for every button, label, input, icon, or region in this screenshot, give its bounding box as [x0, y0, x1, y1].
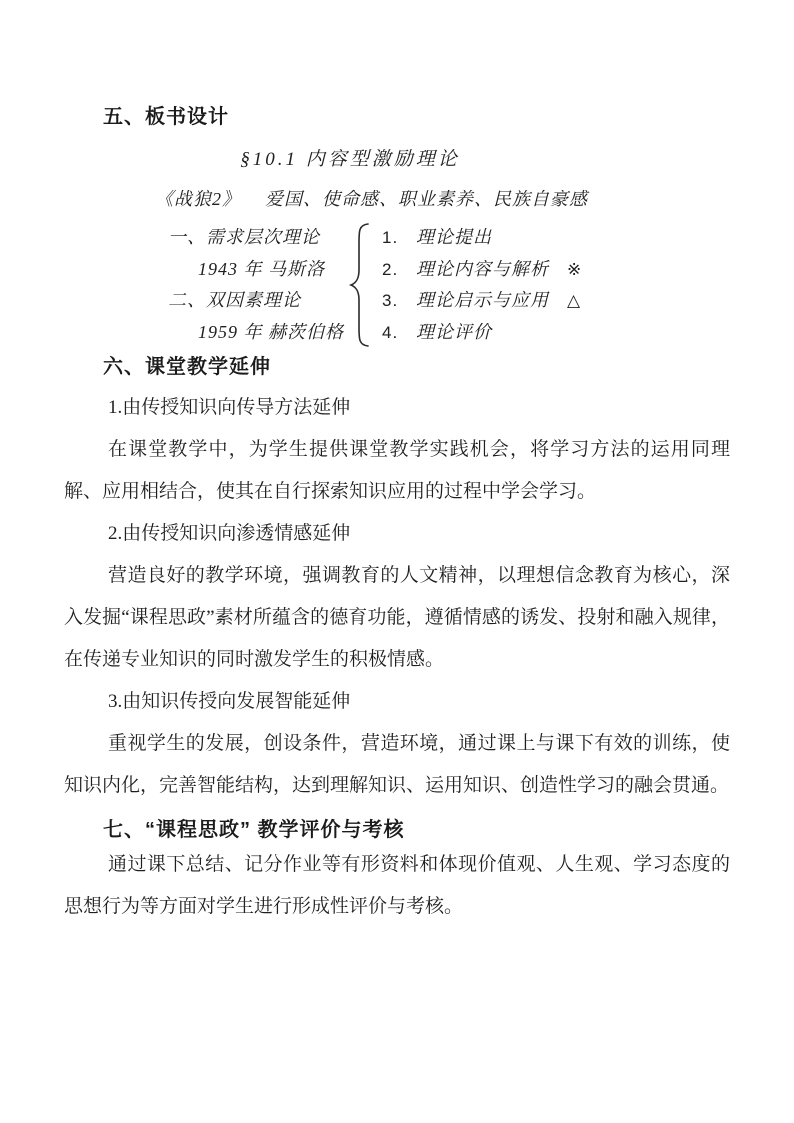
heading-evaluation: 七、“课程思政” 教学评价与考核: [64, 816, 730, 844]
curly-brace-icon: [348, 221, 372, 349]
extension-item-body: 营造良好的教学环境，强调教育的人文精神，以理想信念教育为核心，深入发掘“课程思政…: [64, 555, 730, 681]
theory-year-author: 1959 年 赫茨伯格: [168, 317, 346, 349]
reference-mark-icon: ※: [567, 254, 582, 286]
step-label: 理论启示与应用: [416, 285, 549, 317]
step-label: 理论内容与解析: [416, 254, 549, 286]
heading-class-extension: 六、课堂教学延伸: [64, 353, 730, 381]
step-number: 2.: [382, 254, 416, 286]
theory-name: 一、需求层次理论: [168, 222, 346, 254]
film-book-title: 《战狼2》: [155, 187, 241, 212]
board-step: 4. 理论评价: [382, 317, 582, 349]
step-label: 理论评价: [416, 317, 492, 349]
extension-section: 1.由传授知识向传导方法延伸 在课堂教学中，为学生提供课堂教学实践机会，将学习方…: [64, 387, 730, 807]
theory-name: 二、双因素理论: [168, 285, 346, 317]
extension-item-head: 3.由知识传授向发展智能延伸: [64, 681, 730, 723]
film-line: 《战狼2》 爱国、使命感、职业素养、民族自豪感: [155, 187, 730, 212]
extension-item-body: 重视学生的发展，创设条件，营造环境，通过课上与课下有效的训练，使知识内化，完善智…: [64, 723, 730, 807]
extension-item-head: 1.由传授知识向传导方法延伸: [64, 387, 730, 429]
extension-item-head: 2.由传授知识向渗透情感延伸: [64, 513, 730, 555]
theory-year-author: 1943 年 马斯洛: [168, 254, 346, 286]
step-number: 1.: [382, 222, 416, 254]
step-number: 4.: [382, 317, 416, 349]
film-values: 爱国、使命感、职业素养、民族自豪感: [265, 187, 588, 212]
theory-list: 一、需求层次理论 1943 年 马斯洛 二、双因素理论 1959 年 赫茨伯格: [168, 222, 346, 348]
document-page: 五、板书设计 §10.1 内容型激励理论 《战狼2》 爱国、使命感、职业素养、民…: [0, 0, 794, 1123]
triangle-mark-icon: △: [567, 285, 581, 317]
evaluation-section: 通过课下总结、记分作业等有形资料和体现价值观、人生观、学习态度的思想行为等方面对…: [64, 844, 730, 928]
board-step: 3. 理论启示与应用 △: [382, 285, 582, 317]
board-step: 1. 理论提出: [382, 222, 582, 254]
board-diagram: 一、需求层次理论 1943 年 马斯洛 二、双因素理论 1959 年 赫茨伯格 …: [168, 221, 730, 349]
step-list: 1. 理论提出 2. 理论内容与解析 ※ 3. 理论启示与应用 △ 4. 理论评…: [382, 222, 582, 348]
evaluation-body: 通过课下总结、记分作业等有形资料和体现价值观、人生观、学习态度的思想行为等方面对…: [64, 844, 730, 928]
step-label: 理论提出: [416, 222, 492, 254]
board-step: 2. 理论内容与解析 ※: [382, 254, 582, 286]
heading-board-design: 五、板书设计: [64, 103, 730, 131]
board-title: §10.1 内容型激励理论: [240, 147, 460, 172]
extension-item-body: 在课堂教学中，为学生提供课堂教学实践机会，将学习方法的运用同理解、应用相结合，使…: [64, 429, 730, 513]
step-number: 3.: [382, 285, 416, 317]
